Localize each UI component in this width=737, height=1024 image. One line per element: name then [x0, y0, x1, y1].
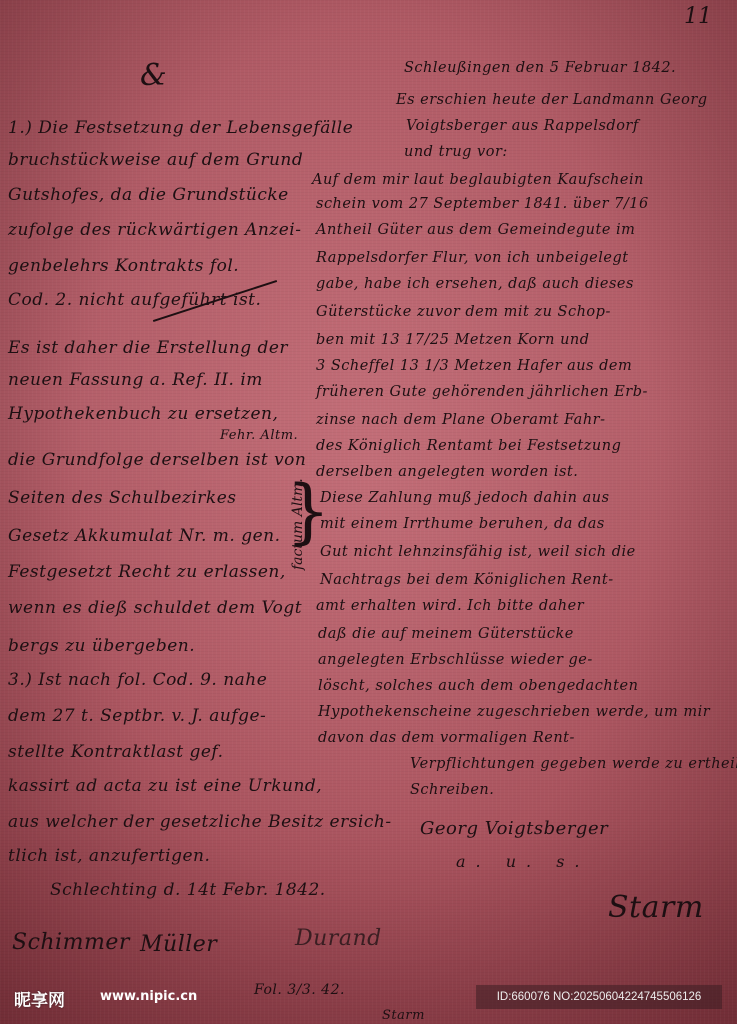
right-line: Voigtsberger aus Rappelsdorf — [406, 118, 639, 134]
closing-signature: Starm — [608, 890, 704, 925]
left-line: dem 27 t. Septbr. v. J. aufge- — [8, 706, 266, 726]
right-line: schein vom 27 September 1841. über 7/16 — [316, 196, 649, 212]
right-line: 3 Scheffel 13 1/3 Metzen Hafer aus dem — [316, 358, 632, 374]
left-line: wenn es dieß schuldet dem Vogt — [8, 598, 302, 618]
left-line: 3.) Ist nach fol. Cod. 9. nahe — [8, 670, 267, 690]
watermark-id: ID:660076 NO:20250604224745506126 — [476, 985, 722, 1009]
watermark-logo: 昵享网 — [14, 986, 65, 1011]
right-line: mit einem Irrthume beruhen, da das — [320, 516, 605, 532]
right-line: angelegten Erbschlüsse wieder ge- — [318, 652, 593, 668]
left-line: tlich ist, anzufertigen. — [8, 846, 210, 866]
left-line: Es ist daher die Erstellung der — [8, 338, 288, 358]
section-mark: & — [140, 58, 167, 93]
watermark-url: www.nipic.cn — [100, 989, 197, 1004]
left-line: 1.) Die Festsetzung der Lebensgefälle — [8, 118, 353, 138]
left-line: aus welcher der gesetzliche Besitz ersic… — [8, 812, 392, 832]
signature-2: Müller — [140, 932, 217, 957]
right-line: Hypothekenscheine zugeschrieben werde, u… — [318, 704, 710, 720]
right-line: Diese Zahlung muß jedoch dahin aus — [320, 490, 610, 506]
right-line: Verpflichtungen gegeben werde zu ertheil… — [410, 756, 737, 772]
right-line: Es erschien heute der Landmann Georg — [396, 92, 708, 108]
right-line: und trug vor: — [404, 144, 508, 160]
vertical-margin-note: factum Altm. — [290, 478, 306, 570]
left-line: Gutshofes, da die Grundstücke — [8, 185, 289, 205]
right-line: Rappelsdorfer Flur, von ich unbeigelegt — [316, 250, 629, 266]
left-line: stellte Kontraktlast gef. — [8, 742, 224, 762]
left-date-line: Schlechting d. 14t Febr. 1842. — [50, 880, 326, 900]
footer-note: Fol. 3/3. 42. — [254, 982, 345, 998]
right-line: Schreiben. — [410, 782, 494, 798]
auk-mark: a. u. s. — [456, 852, 589, 871]
right-line: des Königlich Rentamt bei Festsetzung — [316, 438, 621, 454]
right-line: Gut nicht lehnzinsfähig ist, weil sich d… — [320, 544, 636, 560]
signature-3: Durand — [295, 926, 382, 951]
header-date: Schleußingen den 5 Februar 1842. — [404, 60, 676, 76]
right-line: Nachtrags bei dem Königlichen Rent- — [320, 572, 614, 588]
right-line: derselben angelegten worden ist. — [316, 464, 578, 480]
margin-note: Fehr. Altm. — [220, 428, 298, 443]
left-line: Seiten des Schulbezirkes — [8, 488, 237, 508]
left-line: bruchstückweise auf dem Grund — [8, 150, 303, 170]
left-line: die Grundfolge derselben ist von — [8, 450, 306, 470]
page-number: 11 — [684, 4, 712, 29]
right-line: daß die auf meinem Güterstücke — [318, 626, 574, 642]
left-line: kassirt ad acta zu ist eine Urkund, — [8, 776, 322, 796]
right-line: gabe, habe ich ersehen, daß auch dieses — [316, 276, 634, 292]
right-line: davon das dem vormaligen Rent- — [318, 730, 575, 746]
right-line: früheren Gute gehörenden jährlichen Erb- — [316, 384, 648, 400]
right-line: ben mit 13 17/25 Metzen Korn und — [316, 332, 590, 348]
left-line: neuen Fassung a. Ref. II. im — [8, 370, 263, 390]
left-line: genbelehrs Kontrakts fol. — [8, 256, 239, 276]
left-line: bergs zu übergeben. — [8, 636, 195, 656]
right-line: Auf dem mir laut beglaubigten Kaufschein — [312, 172, 644, 188]
right-line: amt erhalten wird. Ich bitte daher — [316, 598, 584, 614]
left-line: zufolge des rückwärtigen Anzei- — [8, 220, 302, 240]
right-line: Güterstücke zuvor dem mit zu Schop- — [316, 304, 611, 320]
right-line: Antheil Güter aus dem Gemeindegute im — [316, 222, 635, 238]
left-line: Festgesetzt Recht zu erlassen, — [8, 562, 286, 582]
left-line: Gesetz Akkumulat Nr. m. gen. — [8, 526, 281, 546]
signature-voigtsberger: Georg Voigtsberger — [420, 818, 608, 839]
right-line: zinse nach dem Plane Oberamt Fahr- — [316, 412, 606, 428]
footer-mark: Starm — [382, 1008, 425, 1023]
signature-1: Schimmer — [12, 930, 130, 955]
left-line: Hypothekenbuch zu ersetzen, — [8, 404, 278, 424]
right-line: löscht, solches auch dem obengedachten — [318, 678, 638, 694]
left-line: Cod. 2. nicht aufgeführt ist. — [8, 290, 261, 310]
